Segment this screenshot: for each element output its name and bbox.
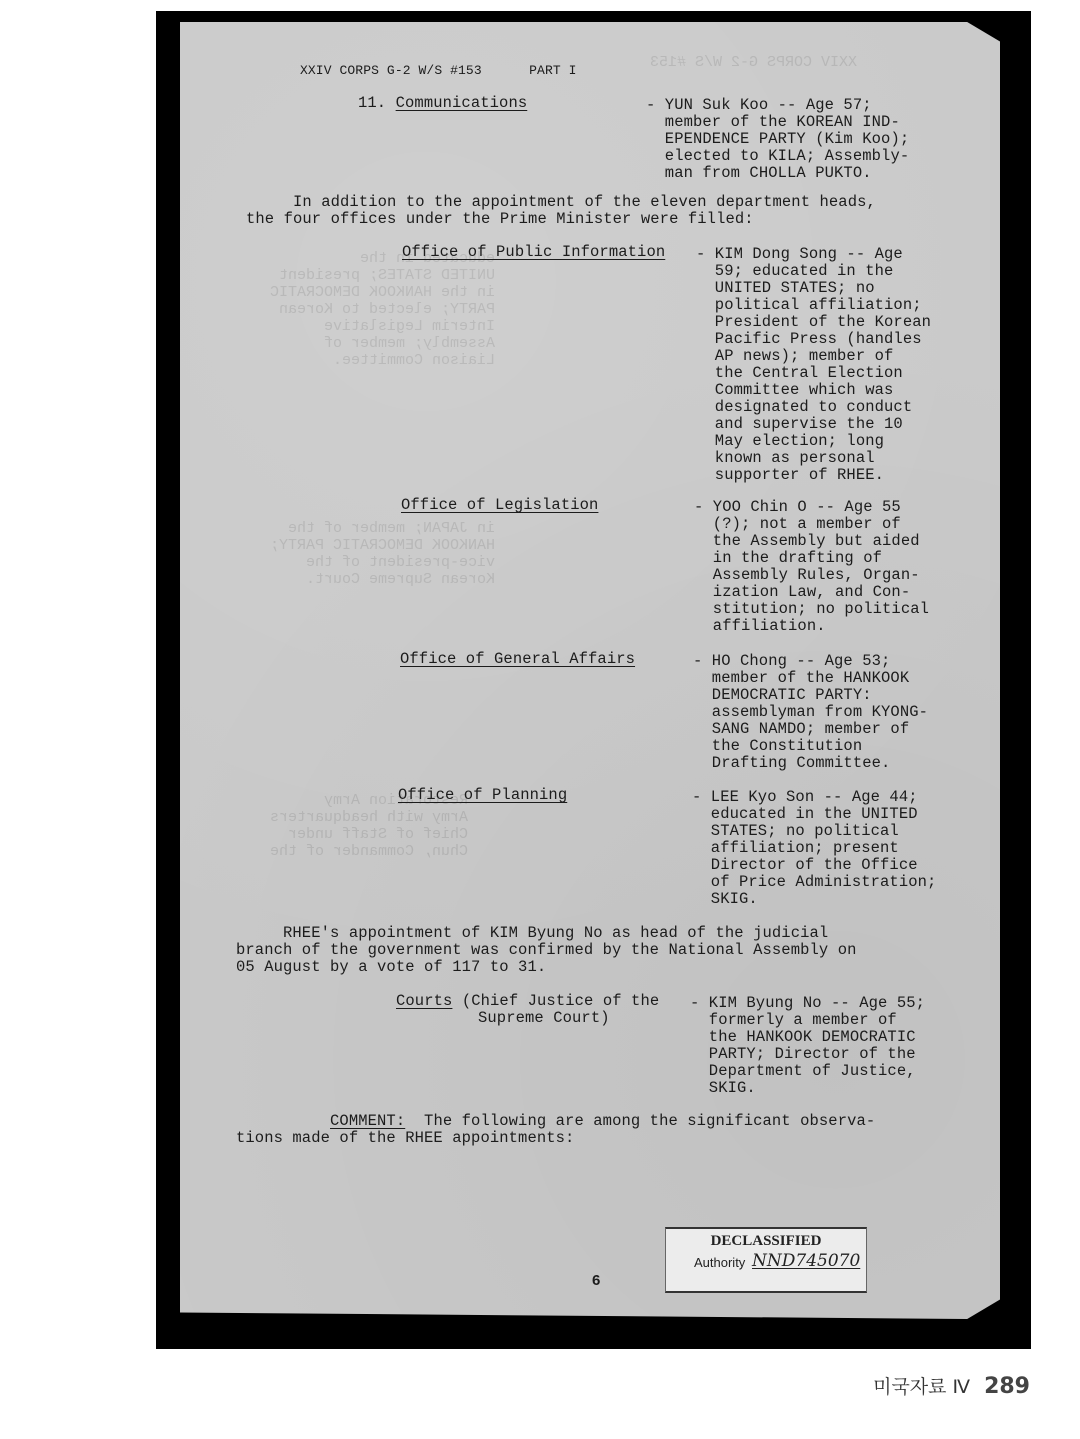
document-page: XXIV CORPS G-2 W/S #153 educated in the … xyxy=(180,22,1000,1319)
book-series-title: 미국자료 xyxy=(873,1372,946,1399)
courts-title: Courts (Chief Justice of the xyxy=(396,993,659,1010)
book-footer: 미국자료 Ⅳ 289 xyxy=(873,1372,1030,1399)
communications-entry: - YUN Suk Koo -- Age 57; member of the K… xyxy=(646,97,909,182)
bleed-through-text: educated in the UNITED STATES; president… xyxy=(270,250,495,369)
declassified-stamp: DECLASSIFIED Authority NND745070 xyxy=(665,1227,867,1293)
scanned-document-frame: XXIV CORPS G-2 W/S #153 educated in the … xyxy=(156,11,1031,1349)
book-page-number: 289 xyxy=(984,1374,1030,1399)
document-header: XXIV CORPS G-2 W/S #153 PART I xyxy=(300,62,577,79)
stamp-authority-code: NND745070 xyxy=(752,1251,860,1271)
part-label: PART I xyxy=(529,63,576,78)
corps-reference: XXIV CORPS G-2 W/S #153 xyxy=(300,63,482,78)
communications-label: 11. Communications xyxy=(358,95,527,112)
office-entry-legislation: - YOO Chin O -- Age 55 (?); not a member… xyxy=(694,499,929,635)
courts-subtitle: Supreme Court) xyxy=(478,1010,610,1027)
bleed-through-text: XXIV CORPS G-2 W/S #153 xyxy=(650,54,857,71)
office-title-public-information: Office of Public Information xyxy=(402,244,665,261)
courts-entry: - KIM Byung No -- Age 55; formerly a mem… xyxy=(690,995,925,1097)
stamp-authority-label: Authority xyxy=(694,1255,745,1270)
office-title-planning: Office of Planning xyxy=(398,787,567,804)
office-entry-planning: - LEE Kyo Son -- Age 44; educated in the… xyxy=(692,789,936,908)
bleed-through-text: in JAPAN; member of the HANKOOK DEMOCRAT… xyxy=(270,520,495,588)
stamp-title: DECLASSIFIED xyxy=(666,1233,866,1250)
comment-label: COMMENT: xyxy=(330,1112,405,1130)
rhee-appointment-paragraph: RHEE's appointment of KIM Byung No as he… xyxy=(236,925,857,976)
document-page-number: 6 xyxy=(592,1272,600,1289)
comment-paragraph: COMMENT: The following are among the sig… xyxy=(236,1113,875,1147)
book-volume: Ⅳ xyxy=(953,1376,971,1398)
office-entry-public-information: - KIM Dong Song -- Age 59; educated in t… xyxy=(696,246,931,484)
office-entry-general-affairs: - HO Chong -- Age 53; member of the HANK… xyxy=(693,653,928,772)
office-title-general-affairs: Office of General Affairs xyxy=(400,651,635,668)
intro-paragraph: In addition to the appointment of the el… xyxy=(246,194,876,228)
office-title-legislation: Office of Legislation xyxy=(401,497,598,514)
